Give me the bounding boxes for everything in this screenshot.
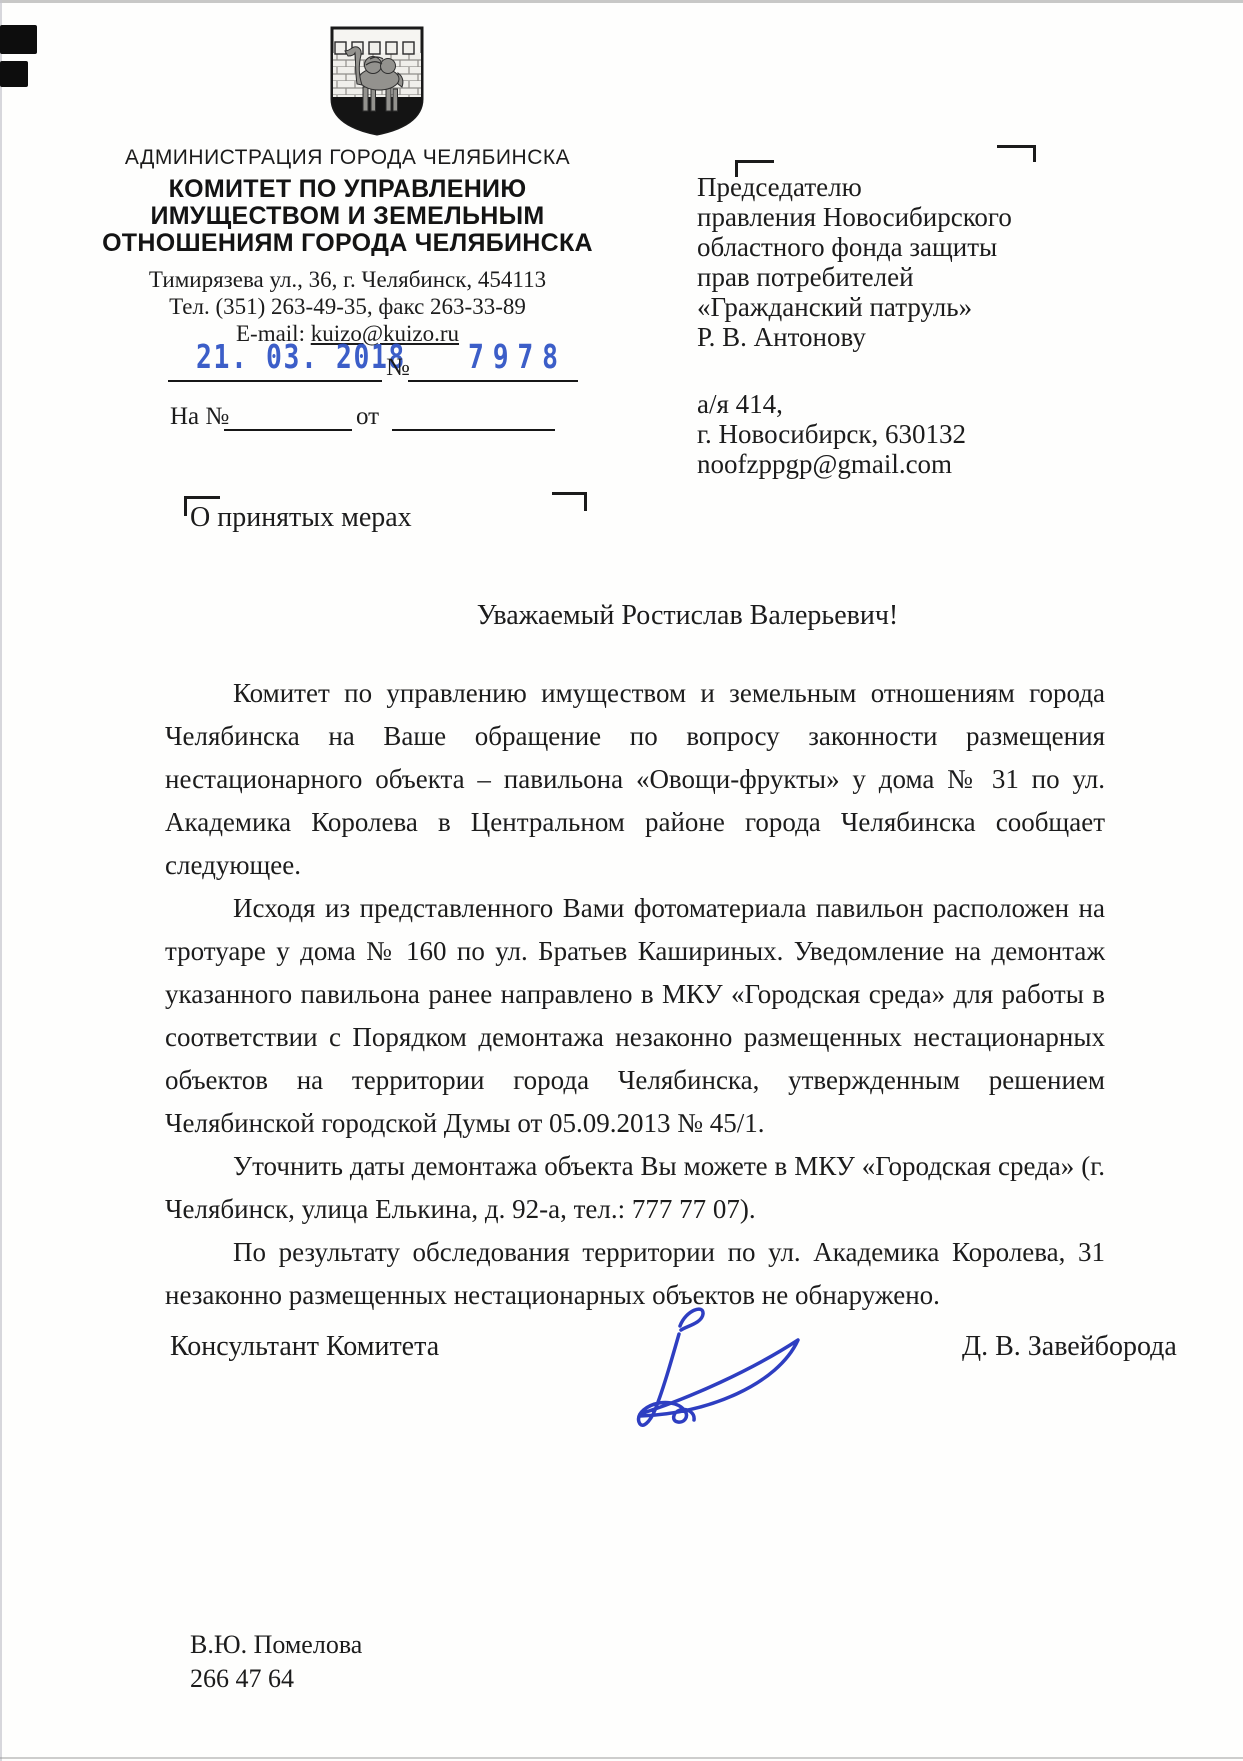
salutation: Уважаемый Ростислав Валерьевич! [165,600,1105,632]
outgoing-number-stamp: 7978 [468,337,567,376]
scan-top-edge-artifact [0,0,1243,3]
recipient-postal-address: а/я 414, г. Новосибирск, 630132 noofzppg… [697,389,1077,479]
recipient-line: Р. В. Антонову [697,322,1077,352]
scanned-letter-page: АДМИНИСТРАЦИЯ ГОРОДА ЧЕЛЯБИНСКА КОМИТЕТ … [0,0,1243,1761]
recipient-line: областного фонда защиты [697,232,1077,262]
scan-corner-mark [0,61,28,87]
number-underline [408,380,578,382]
date-underline [168,380,382,382]
date-stamp: 21. 03. 2018 [196,337,406,376]
reply-to-number-label: На № [170,403,229,431]
reply-date-blank-underline [392,429,555,431]
body-paragraph: Комитет по управлению имуществом и земел… [165,672,1105,887]
recipient-block: Председателю правления Новосибирского об… [697,172,1077,479]
recipient-line: прав потребителей [697,262,1077,292]
org-name-line: ИМУЩЕСТВОМ И ЗЕМЕЛЬНЫМ [75,203,620,230]
executor-block: В.Ю. Помелова 266 47 64 [190,1628,362,1696]
org-name-line: ОТНОШЕНИЯМ ГОРОДА ЧЕЛЯБИНСКА [75,230,620,257]
executor-phone: 266 47 64 [190,1662,362,1696]
chelyabinsk-coat-of-arms-icon [328,24,426,138]
reply-from-date-label: от [356,403,379,431]
numero-sign-label: № [386,354,410,382]
org-name: КОМИТЕТ ПО УПРАВЛЕНИЮ ИМУЩЕСТВОМ И ЗЕМЕЛ… [75,176,620,257]
letterhead: АДМИНИСТРАЦИЯ ГОРОДА ЧЕЛЯБИНСКА КОМИТЕТ … [75,146,620,347]
org-postal-address: Тимирязева ул., 36, г. Челябинск, 454113 [75,266,620,293]
body-paragraph: Исходя из представленного Вами фотоматер… [165,887,1105,1145]
scan-corner-mark [0,25,37,54]
reply-number-blank-underline [224,429,352,431]
executor-name: В.Ю. Помелова [190,1628,362,1662]
signer-name: Д. В. Завейборода [962,1331,1177,1363]
handwritten-signature [595,1292,825,1437]
recipient-zone-corner-right [997,145,1036,162]
letter-body: Комитет по управлению имуществом и земел… [165,672,1105,1317]
recipient-email: noofzppgp@gmail.com [697,449,1077,479]
recipient-line: правления Новосибирского [697,202,1077,232]
recipient-address-line: а/я 414, [697,389,1077,419]
parent-org-name: АДМИНИСТРАЦИЯ ГОРОДА ЧЕЛЯБИНСКА [75,146,620,170]
scan-left-edge-artifact [0,0,2,1761]
signer-position: Консультант Комитета [170,1331,439,1363]
body-paragraph: Уточнить даты демонтажа объекта Вы может… [165,1145,1105,1231]
recipient-line: Председателю [697,172,1077,202]
org-phone-fax: Тел. (351) 263-49-35, факс 263-33-89 [75,293,620,320]
letter-subject: О принятых мерах [190,502,412,534]
recipient-address-line: г. Новосибирск, 630132 [697,419,1077,449]
subject-zone-corner-right [552,492,587,511]
org-contact-block: Тимирязева ул., 36, г. Челябинск, 454113… [75,266,620,347]
org-name-line: КОМИТЕТ ПО УПРАВЛЕНИЮ [75,176,620,203]
scan-bottom-edge-artifact [0,1757,1243,1759]
recipient-line: «Гражданский патруль» [697,292,1077,322]
